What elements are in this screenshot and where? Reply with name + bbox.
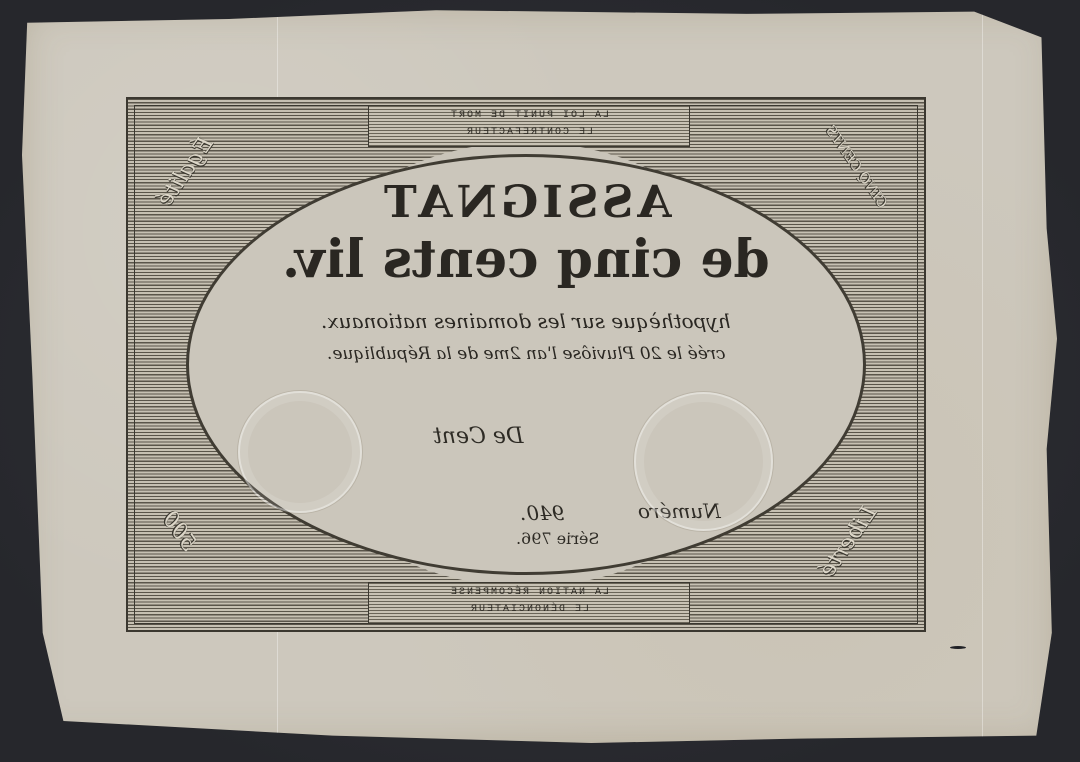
series-label: Série 796.	[516, 529, 599, 548]
top-cartouche-line2: LE CONTREFACTEUR	[369, 127, 689, 138]
bottom-cartouche-line1: LA NATION RÉCOMPENSE	[369, 587, 689, 598]
bottom-cartouche-line2: LE DÉNONCIATEUR	[369, 604, 689, 615]
dry-seal-left	[238, 391, 362, 513]
dry-seal-right	[634, 392, 773, 531]
bottom-cartouche: LA NATION RÉCOMPENSE LE DÉNONCIATEUR	[368, 582, 690, 624]
note-mortgage-line: hypothèque sur les domaines nationaux.	[128, 309, 924, 333]
number-value: 940.	[520, 501, 565, 525]
note-created-line: créé le 20 Pluviôse l'an 2me de la Répub…	[128, 344, 924, 364]
top-cartouche: LA LOI PUNIT DE MORT LE CONTREFACTEUR	[368, 105, 690, 147]
note-denomination: de cinq cents liv.	[128, 229, 924, 290]
fold-line	[982, 8, 983, 743]
engraved-frame: LA LOI PUNIT DE MORT LE CONTREFACTEUR LA…	[126, 97, 926, 632]
note-heading: ASSIGNAT	[128, 177, 924, 228]
paper-hole	[950, 646, 966, 649]
top-cartouche-line1: LA LOI PUNIT DE MORT	[369, 110, 689, 121]
signature: De Cent	[433, 424, 524, 449]
